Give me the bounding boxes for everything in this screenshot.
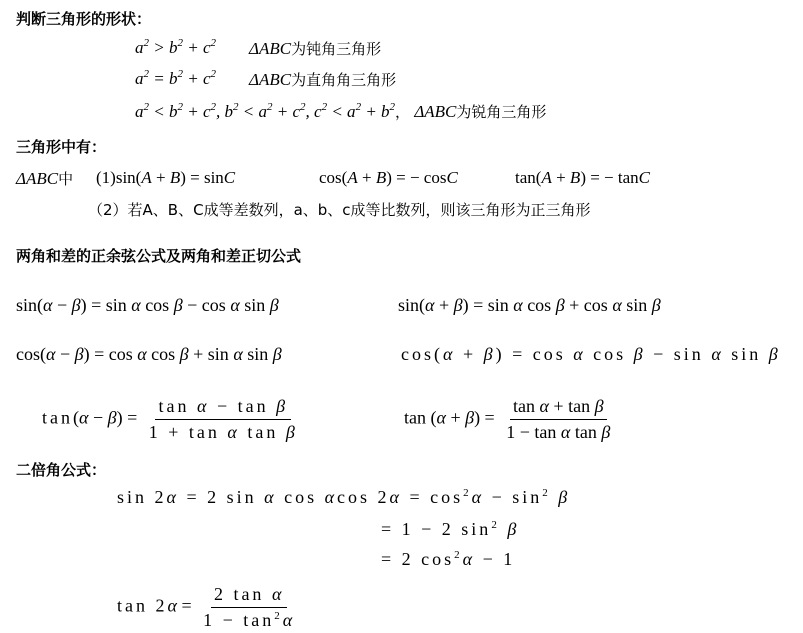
formula: a2 = b2 + c2 xyxy=(135,69,216,88)
formula-sin-minus: sin(α − β) = sin α cos β − cos α sin β xyxy=(16,295,279,316)
formula-tan-minus: tan(α − β) = tan α − tan β 1 + tan α tan… xyxy=(42,396,305,443)
heading-triangle-shape: 判断三角形的形状： xyxy=(16,8,151,29)
triangle-symbol: ΔABC xyxy=(16,169,58,188)
formula-cos-minus: cos(α − β) = cos α cos β + sin α sin β xyxy=(16,344,282,365)
shape-conclusion-right: ΔABC为直角角三角形 xyxy=(249,69,396,90)
heading-in-triangle: 三角形中有： xyxy=(16,136,106,157)
formula-cos2-line1: cos 2α = cos2α − sin2 β xyxy=(337,487,570,508)
formula: a2 < b2 + c2, b2 < a2 + c2, c2 < a2 + b2 xyxy=(135,102,395,121)
triangle-symbol: ΔABC xyxy=(249,39,291,58)
triangle-symbol: ΔABC xyxy=(414,102,456,121)
conclusion-text: 为钝角三角形 xyxy=(291,40,381,58)
triangle-symbol: ΔABC xyxy=(249,70,291,89)
shape-row-acute: a2 < b2 + c2, b2 < a2 + c2, c2 < a2 + b2… xyxy=(135,101,546,122)
item2-label: （2） xyxy=(88,201,128,219)
heading-sum-difference: 两角和差的正余弦公式及两角和差正切公式 xyxy=(16,245,301,266)
fraction: 2 tan α 1 − tan2α xyxy=(200,584,298,631)
shape-conclusion-obtuse: ΔABC为钝角三角形 xyxy=(249,38,381,59)
formula-tan-plus: tan (α + β) = tan α + tan β 1 − tan α ta… xyxy=(404,396,617,443)
identity-sin: (1)sin(A + B) = sinC xyxy=(96,168,235,188)
formula-cos-plus: cos(α + β) = cos α cos β − sin α sin β xyxy=(401,344,781,365)
fraction: tan α − tan β 1 + tan α tan β xyxy=(146,396,301,443)
conclusion-text: 为直角角三角形 xyxy=(291,71,396,89)
item1-label: (1) xyxy=(96,168,116,187)
identity-tan: tan(A + B) = − tanC xyxy=(515,168,650,188)
item2: （2）若A、B、C成等差数列，a、b、c成等比数列，则该三角形为正三角形 xyxy=(88,199,591,220)
conclusion-text: 为锐角三角形 xyxy=(456,103,546,121)
formula: a2 > b2 + c2 xyxy=(135,38,216,57)
formula-sin-plus: sin(α + β) = sin α cos β + cos α sin β xyxy=(398,295,661,316)
item2-text: 若A、B、C成等差数列，a、b、c成等比数列，则该三角形为正三角形 xyxy=(128,201,591,219)
shape-row-obtuse: a2 > b2 + c2 xyxy=(135,38,216,58)
triangle-prefix: ΔABC中 xyxy=(16,168,73,189)
identity-cos: cos(A + B) = − cosC xyxy=(319,168,458,188)
formula-cos2-line3: = 2 cos2α − 1 xyxy=(381,549,515,570)
shape-row-right: a2 = b2 + c2 xyxy=(135,69,216,89)
heading-double-angle: 二倍角公式： xyxy=(16,459,106,480)
prefix-text: 中 xyxy=(58,170,73,188)
formula-sin2: sin 2α = 2 sin α cos α xyxy=(117,487,337,508)
formula-tan2: tan 2α = 2 tan α 1 − tan2α xyxy=(117,584,302,631)
formula-cos2-line2: = 1 − 2 sin2 β xyxy=(381,519,519,540)
fraction: tan α + tan β 1 − tan α tan β xyxy=(503,396,613,443)
